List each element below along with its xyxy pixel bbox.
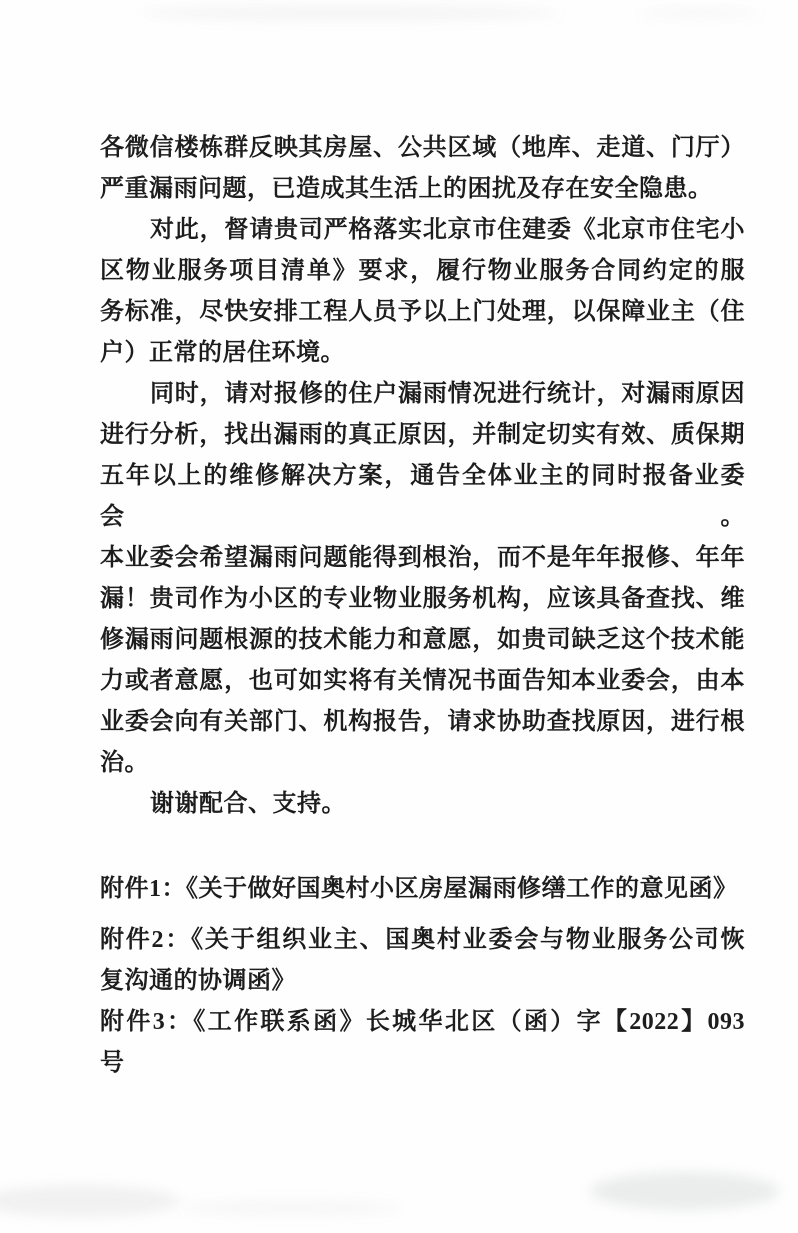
- attachments-section: 附件1：《关于做好国奥村小区房屋漏雨修缮工作的意见函》 附件2：《关于组织业主、…: [100, 869, 745, 1084]
- body-line: 对此，督请贵司严格落实北京市住建委《北京市住宅小: [100, 210, 745, 251]
- scan-smudge-bottom-right: [590, 1172, 780, 1210]
- body-line: 区物业服务项目清单》要求，履行物业服务合同约定的服: [100, 251, 745, 292]
- body-line: 业委会向有关部门、机构报告，请求协助查找原因，进行根: [100, 702, 745, 743]
- body-line: 修漏雨问题根源的技术能力和意愿，如贵司缺乏这个技术能: [100, 620, 745, 661]
- body-line: 治。: [100, 743, 745, 784]
- body-line: 各微信楼栋群反映其房屋、公共区域（地库、走道、门厅）: [100, 128, 745, 169]
- body-line: 同时，请对报修的住户漏雨情况进行统计，对漏雨原因: [100, 374, 745, 415]
- body-line: 五年以上的维修解决方案，通告全体业主的同时报备业委会。: [100, 456, 745, 538]
- body-line: 漏！贵司作为小区的专业物业服务机构，应该具备查找、维: [100, 579, 745, 620]
- scan-smudge-top-right: [640, 8, 760, 18]
- scan-smudge-bottom-left: [0, 1185, 180, 1217]
- body-line: 务标准，尽快安排工程人员予以上门处理，以保障业主（住: [100, 292, 745, 333]
- body-line: 户）正常的居住环境。: [100, 333, 745, 374]
- scan-smudge-bottom-mid: [180, 1200, 400, 1216]
- body-line: 本业委会希望漏雨问题能得到根治，而不是年年报修、年年: [100, 538, 745, 579]
- closing-line: 谢谢配合、支持。: [100, 784, 745, 825]
- attachment-line: 附件3：《工作联系函》长城华北区（函）字【2022】093: [100, 1002, 745, 1043]
- body-line: 力或者意愿，也可如实将有关情况书面告知本业委会，由本: [100, 661, 745, 702]
- attachment-line: 附件2：《关于组织业主、国奥村业委会与物业服务公司恢: [100, 920, 745, 961]
- document-text-block: 各微信楼栋群反映其房屋、公共区域（地库、走道、门厅） 严重漏雨问题，已造成其生活…: [100, 128, 745, 1084]
- body-line: 进行分析，找出漏雨的真正原因，并制定切实有效、质保期: [100, 415, 745, 456]
- attachment-line: 复沟通的协调函》: [100, 961, 745, 1002]
- attachment-line: 附件1：《关于做好国奥村小区房屋漏雨修缮工作的意见函》: [100, 869, 745, 910]
- scan-smudge-top: [140, 6, 560, 20]
- attachment-line: 号: [100, 1043, 745, 1084]
- body-line: 严重漏雨问题，已造成其生活上的困扰及存在安全隐患。: [100, 169, 745, 210]
- scanned-document-page: 各微信楼栋群反映其房屋、公共区域（地库、走道、门厅） 严重漏雨问题，已造成其生活…: [0, 0, 798, 1233]
